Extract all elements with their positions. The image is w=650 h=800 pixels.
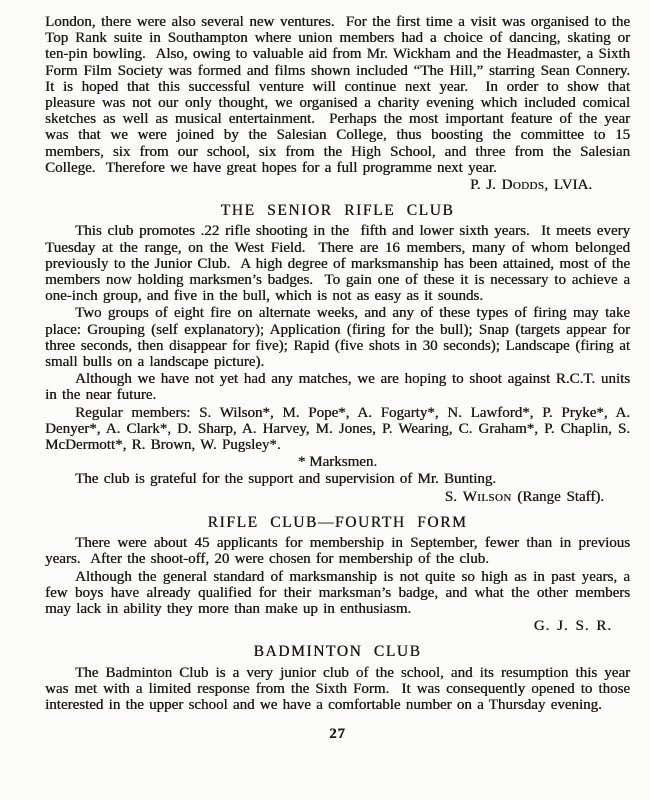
signature-wilson-suffix: (Range Staff). bbox=[512, 489, 604, 505]
signature-wilson-prefix: S. bbox=[445, 489, 463, 505]
signature-dodds-suffix: , LVIA. bbox=[544, 177, 592, 193]
marksmen-footnote: * Marksmen. bbox=[45, 454, 630, 470]
page-number: 27 bbox=[45, 726, 630, 742]
fourth-form-paragraph-1: There were about 45 applicants for membe… bbox=[45, 535, 630, 567]
fourth-form-paragraph-2: Although the general standard of marksma… bbox=[45, 569, 630, 618]
senior-rifle-club-paragraph-3: Although we have not yet had any matches… bbox=[45, 371, 630, 403]
senior-rifle-club-paragraph-2: Two groups of eight fire on alternate we… bbox=[45, 305, 630, 370]
signature-wilson: S. Wilson (Range Staff). bbox=[45, 489, 630, 505]
section-heading-badminton-club: BADMINTON CLUB bbox=[45, 644, 630, 660]
badminton-paragraph-1: The Badminton Club is a very junior club… bbox=[45, 665, 630, 714]
section-heading-senior-rifle-club: THE SENIOR RIFLE CLUB bbox=[45, 203, 630, 219]
signature-gjsr: G. J. S. R. bbox=[45, 618, 630, 634]
scanned-magazine-page: London, there were also several new vent… bbox=[0, 0, 650, 800]
senior-rifle-club-members-list: Regular members: S. Wilson*, M. Pope*, A… bbox=[45, 405, 630, 454]
signature-dodds-prefix: P. J. bbox=[470, 177, 502, 193]
section-heading-rifle-club-fourth-form: RIFLE CLUB—FOURTH FORM bbox=[45, 515, 630, 531]
intro-paragraph: London, there were also several new vent… bbox=[45, 14, 630, 176]
senior-rifle-club-paragraph-1: This club promotes .22 rifle shooting in… bbox=[45, 223, 630, 304]
senior-rifle-club-gratitude-line: The club is grateful for the support and… bbox=[45, 471, 630, 487]
signature-dodds: P. J. Dodds, LVIA. bbox=[45, 177, 630, 193]
signature-dodds-name: Dodds bbox=[502, 177, 545, 193]
signature-wilson-name: Wilson bbox=[463, 489, 512, 505]
